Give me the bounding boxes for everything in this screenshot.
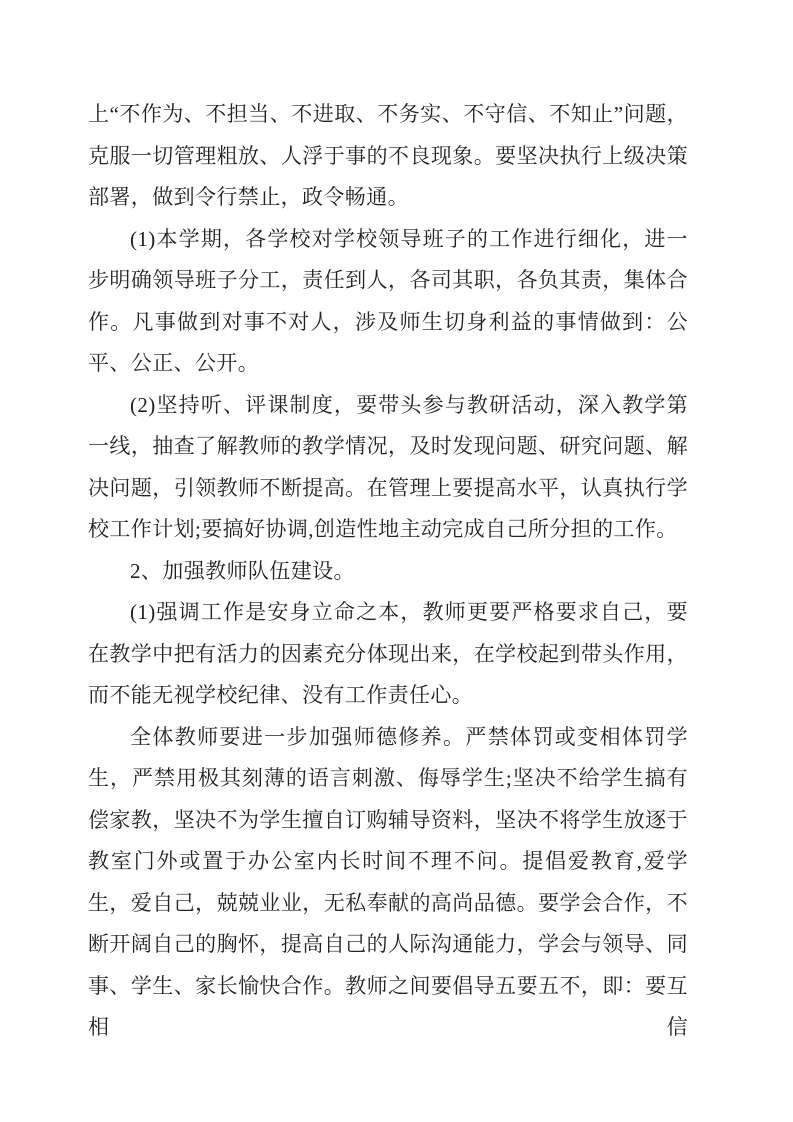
paragraph-item-1: (1)本学期，各学校对学校领导班子的工作进行细化，进一步明确领导班子分工，责任到… [88, 219, 688, 385]
paragraph-heading-teacher-team: 2、加强教师队伍建设。 [88, 551, 688, 593]
paragraph-teacher-ethics: 全体教师要进一步加强师德修养。严禁体罚或变相体罚学生，严禁用极其刻薄的语言刺激、… [88, 717, 688, 1049]
document-body: 上“不作为、不担当、不进取、不务实、不守信、不知止”问题，克服一切管理粗放、人浮… [88, 94, 688, 1049]
paragraph-continuation: 上“不作为、不担当、不进取、不务实、不守信、不知止”问题，克服一切管理粗放、人浮… [88, 94, 688, 219]
paragraph-item-3: (1)强调工作是安身立命之本，教师更要严格要求自己，要在教学中把有活力的因素充分… [88, 592, 688, 717]
paragraph-item-2: (2)坚持听、评课制度，要带头参与教研活动，深入教学第一线，抽查了解教师的教学情… [88, 385, 688, 551]
document-page: 上“不作为、不担当、不进取、不务实、不守信、不知止”问题，克服一切管理粗放、人浮… [0, 0, 793, 1122]
